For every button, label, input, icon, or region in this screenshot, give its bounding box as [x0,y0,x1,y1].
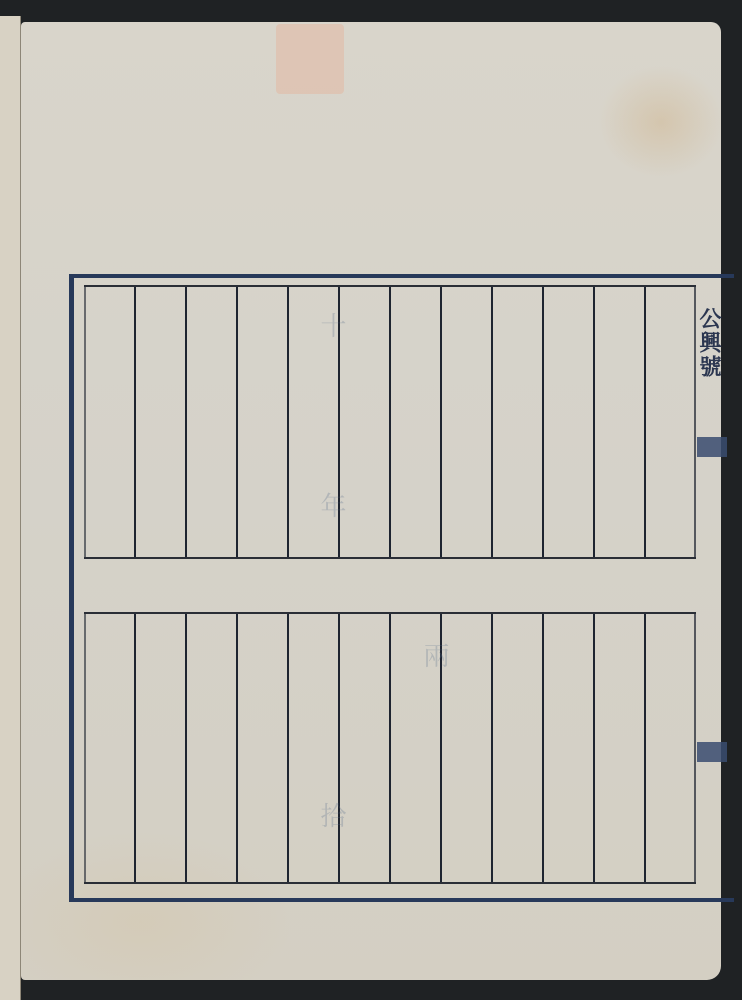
fish-tail-upper-mark [697,437,727,457]
middle-band [84,559,696,612]
margin-title: 公興號 [699,307,725,379]
collector-seal [276,24,344,94]
inner-bottom-rule [84,882,696,884]
ledger-page: 十 年 拾 兩 公興號 [21,22,721,980]
left-page-edge [0,16,21,1000]
fish-tail-lower-mark [697,742,727,762]
